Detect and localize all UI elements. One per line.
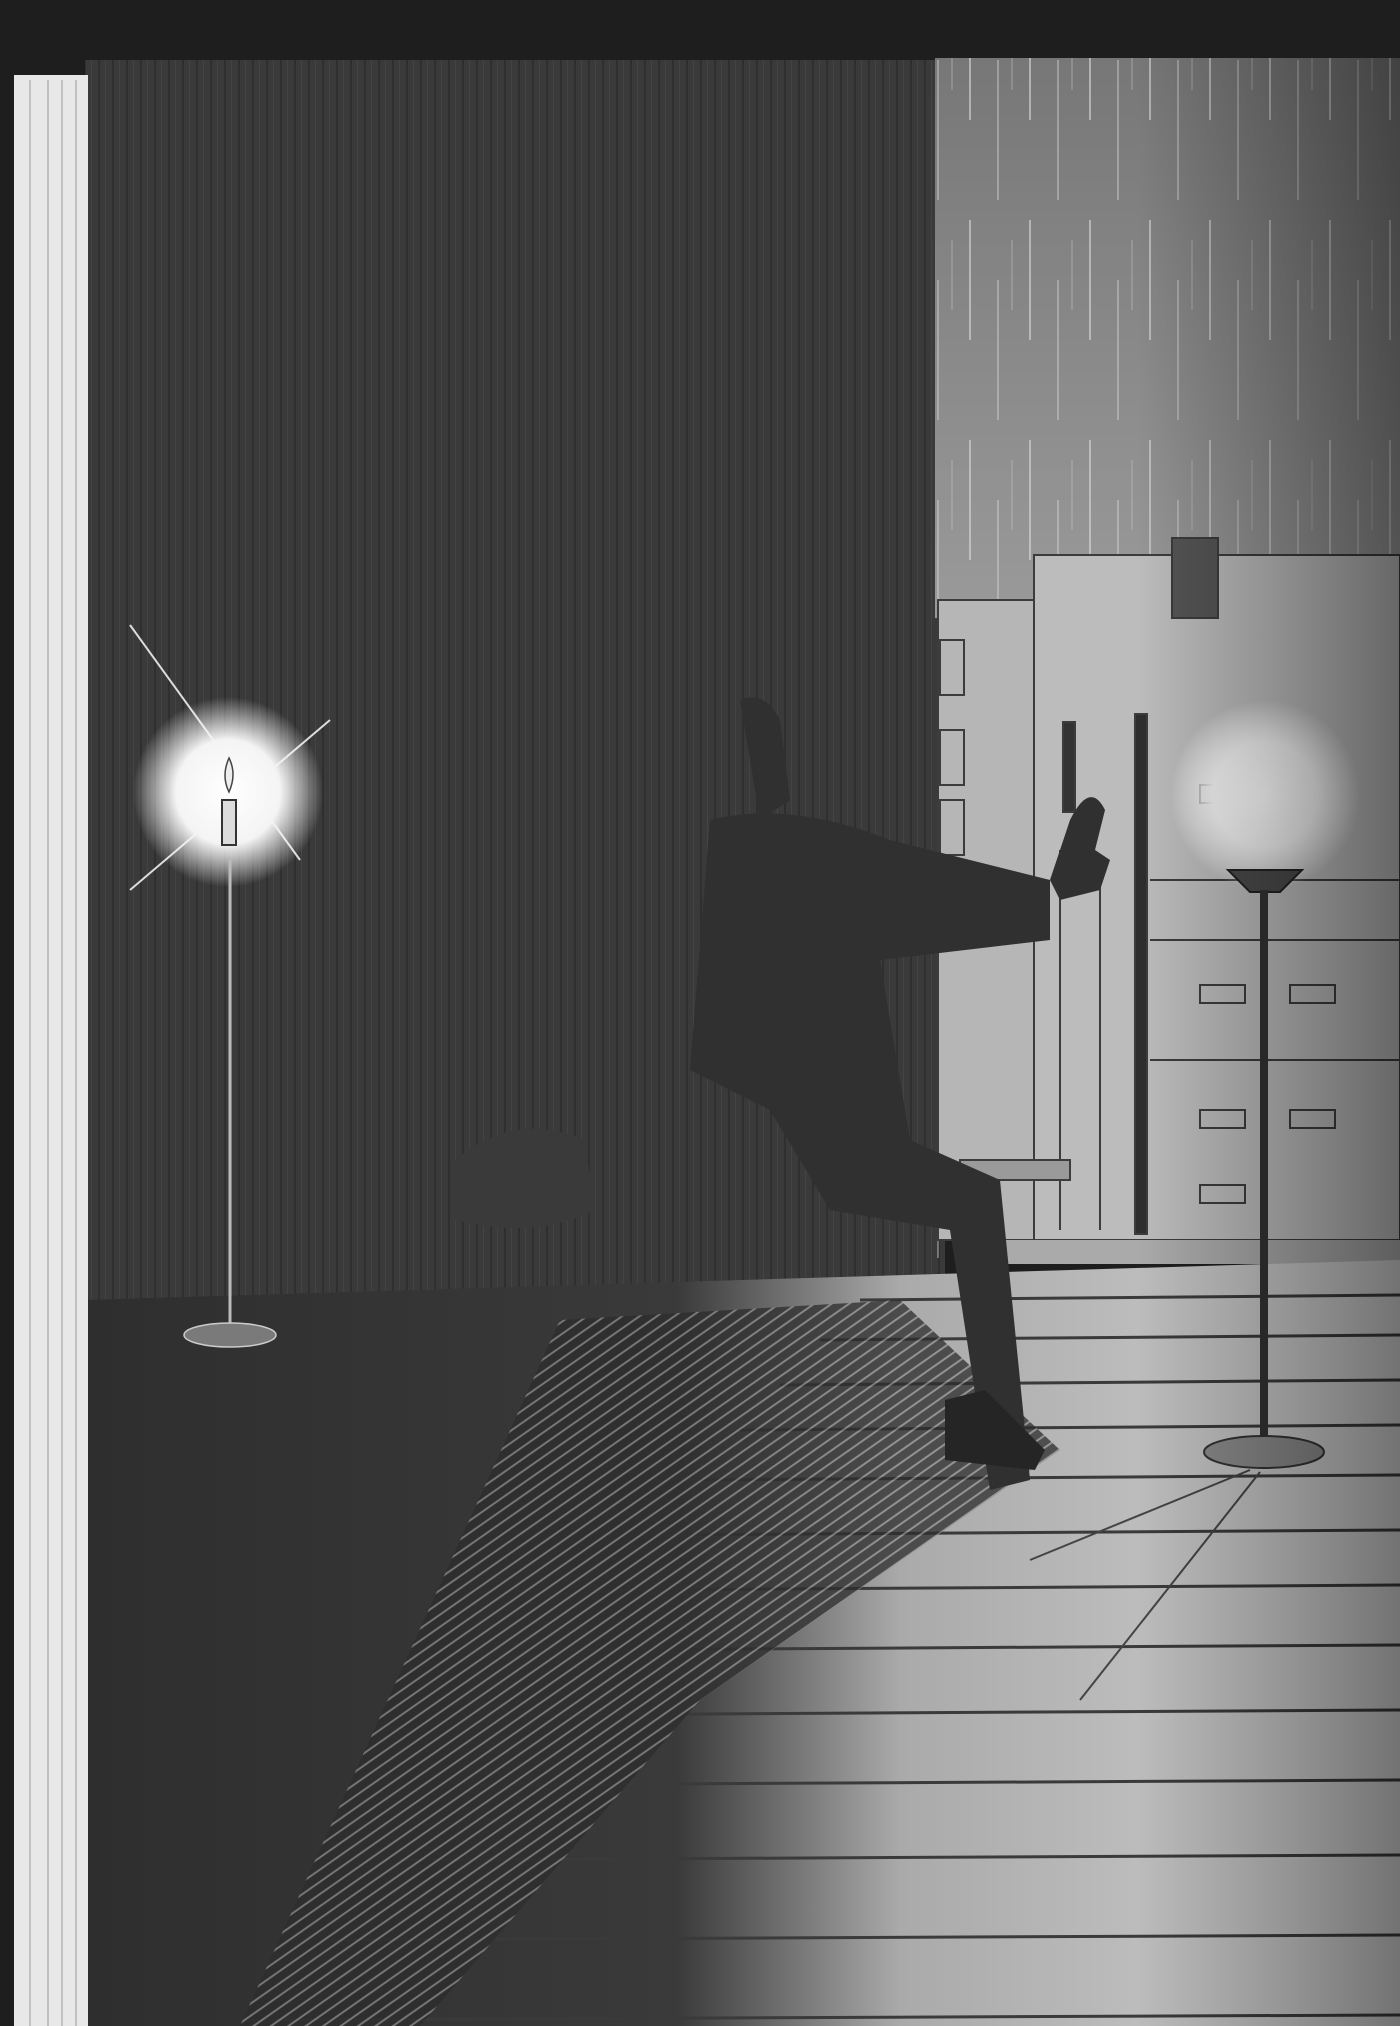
manga-page-illustration xyxy=(0,0,1400,2026)
page-edge xyxy=(14,75,88,2026)
right-vignette xyxy=(85,58,1400,2026)
page xyxy=(14,58,1400,2026)
